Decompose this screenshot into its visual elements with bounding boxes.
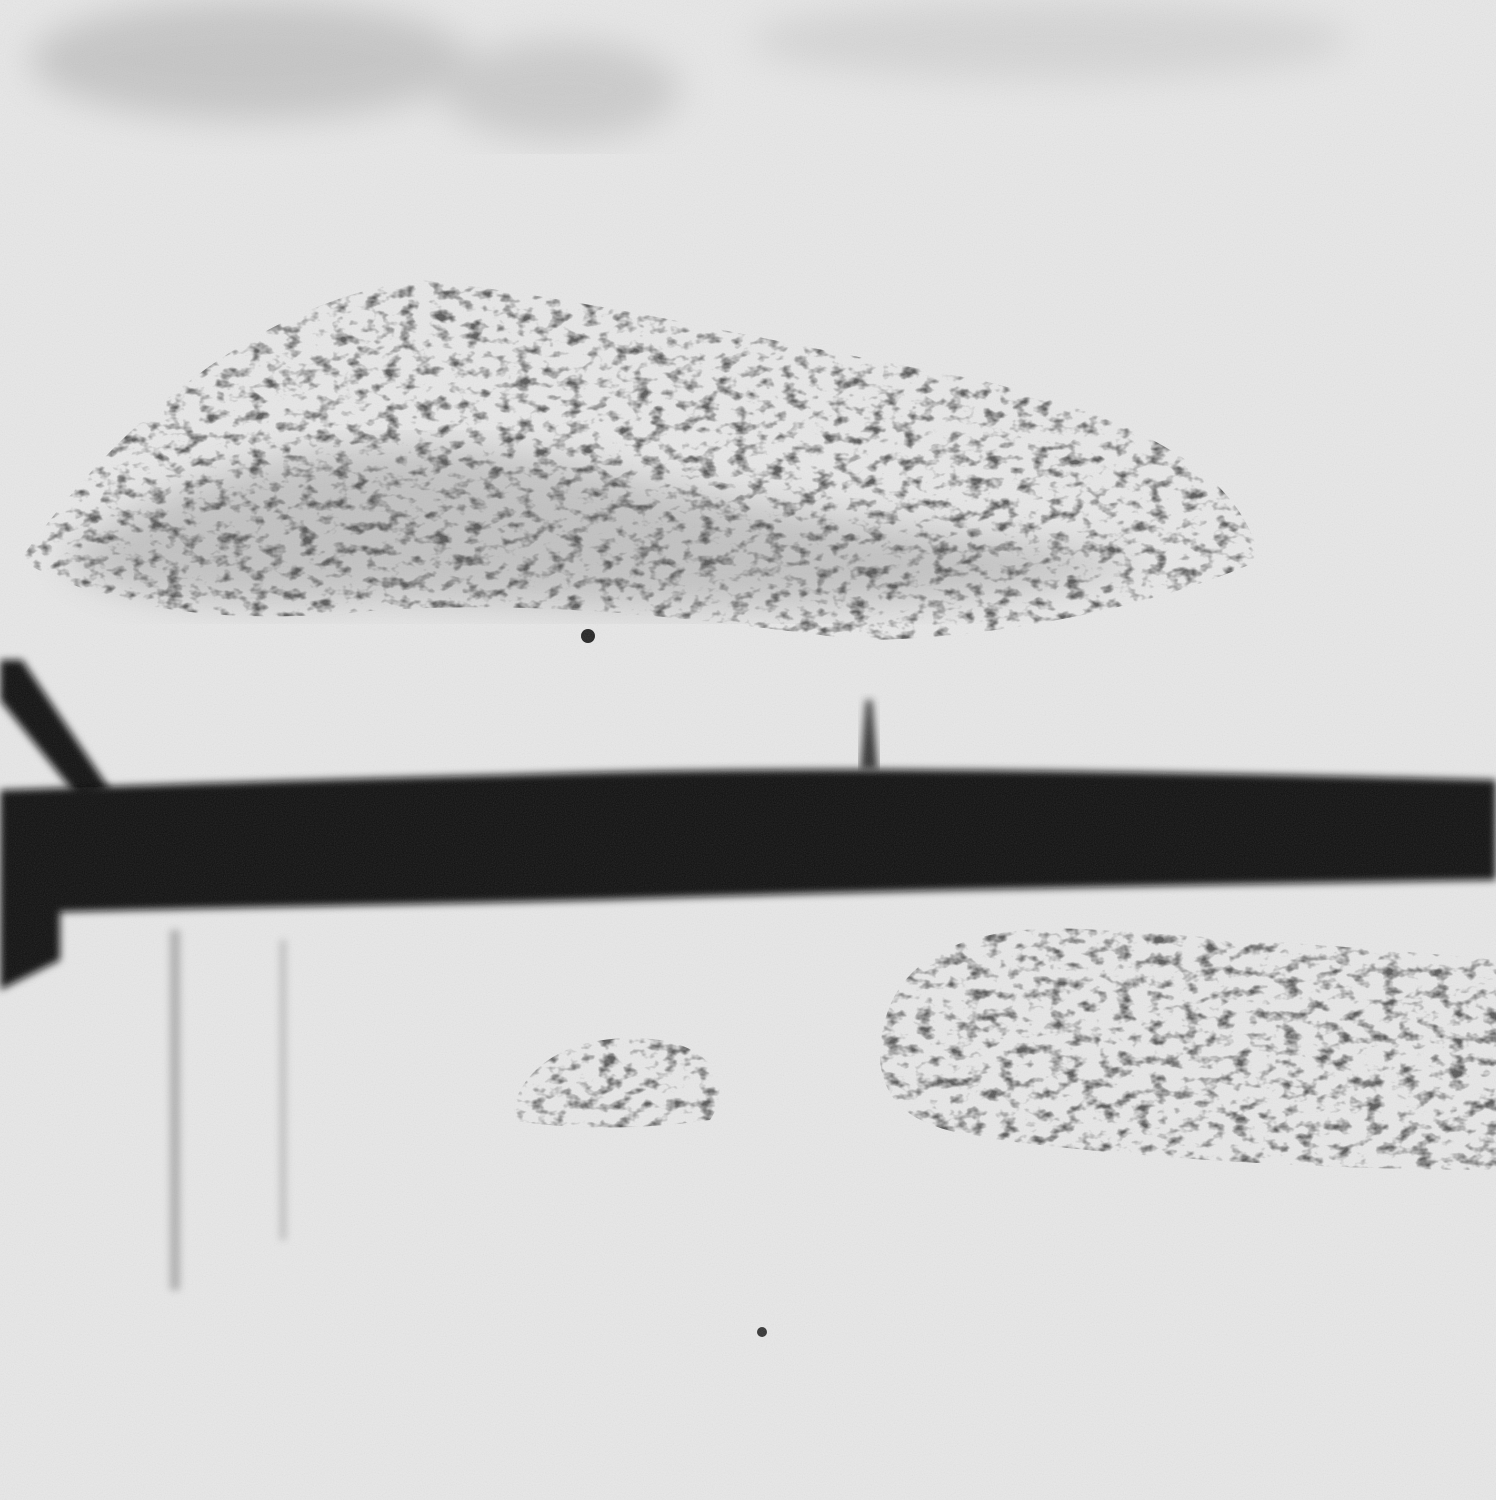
photo-scene — [0, 0, 1496, 1500]
bw-photograph — [0, 0, 1496, 1500]
film-grain — [0, 0, 1496, 1500]
